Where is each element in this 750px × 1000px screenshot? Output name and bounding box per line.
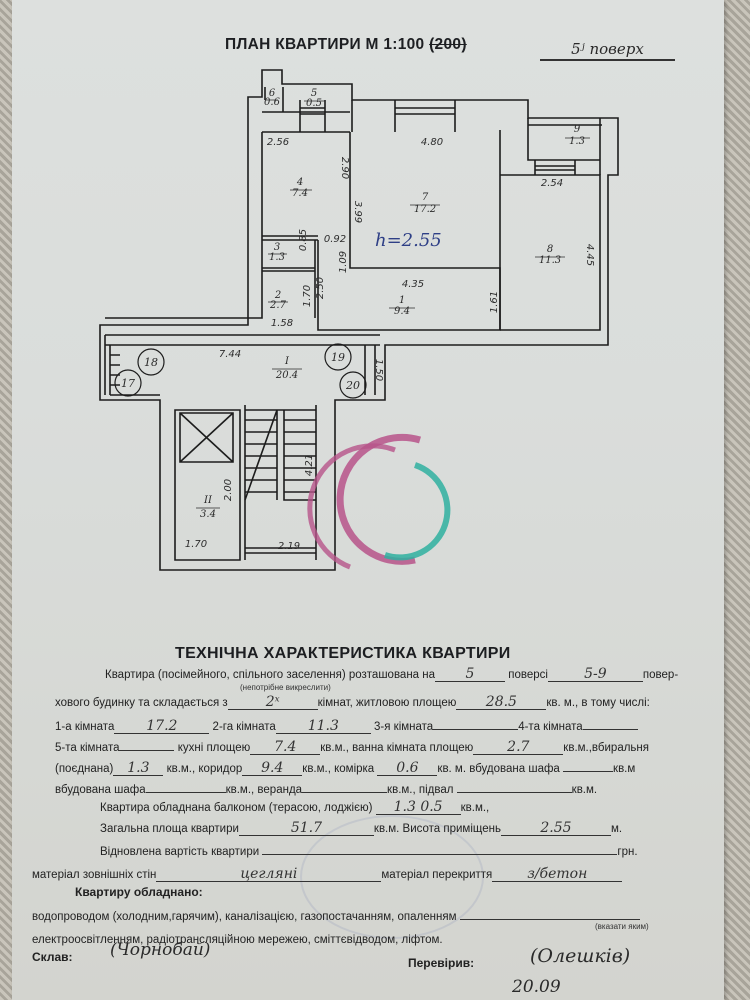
form-heading: ТЕХНІЧНА ХАРАКТЕРИСТИКА КВАРТИРИ [175,645,511,663]
label-utilities: водопроводом (холодним,гарячим), каналіз… [32,911,456,923]
room-8-number: 8 [547,244,553,255]
room-I-number: I [284,356,290,367]
label-floor: поверсі [508,669,548,681]
dim-4-35: 4.35 [402,279,424,290]
dim-4-80: 4.80 [421,137,443,148]
heating-note: (вказати яким) [595,922,649,931]
dim-3-99: 3.99 [352,201,363,223]
field-wardrobe-2[interactable] [146,778,226,793]
label-total-area: Загальна площа квартири [100,823,239,835]
dim-1-09: 1.09 [338,251,349,273]
field-restored-cost[interactable] [262,840,617,855]
room-II-area: 3.4 [200,509,216,520]
dim-0-85: 0.85 [298,229,309,251]
room-1-number: 1 [399,295,405,306]
form-line-utilities: водопроводом (холодним,гарячим), каналіз… [32,905,640,923]
label-room-3: 3-я кімната [374,721,433,733]
field-room-2[interactable]: 11.3 [276,719,371,734]
label-living-area: кімнат, житловою площею [318,697,457,709]
field-room-count[interactable]: 2ˣ [228,695,318,710]
dim-2-56: 2.56 [267,137,289,148]
field-room-1[interactable]: 17.2 [114,719,209,734]
label-toilet: кв.м.,вбиральня [563,742,649,754]
field-room-3[interactable] [433,715,518,730]
label-wall-material: матеріал зовнішніх стін [32,869,156,881]
field-corridor[interactable]: 9.4 [242,761,302,776]
dim-1-70-b: 1.70 [185,539,207,550]
form-line-veranda: вбудована шафакв.м., верандакв.м., підва… [55,778,597,796]
dim-2-50: 2.50 [315,277,326,299]
label-room-2: 2-га кімната [213,721,276,733]
field-living-area[interactable]: 28.5 [456,695,546,710]
field-storeys[interactable]: 5-9 [548,667,643,682]
checked-signature: (Олешків) [530,945,630,967]
apt-marker-20: 20 [345,379,360,392]
label-wardrobe: кв. м. вбудована шафа [437,763,559,775]
label-bathroom: кв.м., ванна кімната площею [320,742,473,754]
dim-1-50: 1.50 [373,359,384,381]
field-total-area[interactable]: 51.7 [239,821,374,836]
field-heating[interactable] [460,905,640,920]
form-line-rooms: хового будинку та складається з2ˣкімнат,… [55,695,650,710]
label-room-4: 4-та кімната [518,721,582,733]
form-line-corridor: (поєднана)1.3 кв.м., коридор9.4кв.м., ко… [55,757,635,776]
floor-plan: 18 17 19 20 6 0.6 5 0.5 4 7.4 7 17.2 9 1… [0,0,750,640]
label-corridor: кв.м., коридор [167,763,243,775]
label-floor-material: матеріал перекриття [381,869,492,881]
signature-date: 20.09 [512,977,561,997]
field-floor-material[interactable]: з/бетон [492,867,622,882]
label-rooms: хового будинку та складається з [55,697,228,709]
dim-7-44: 7.44 [219,349,241,360]
form-line-location: Квартира (посімейного, спільного заселен… [105,667,678,682]
field-basement[interactable] [457,778,572,793]
field-room-5[interactable] [119,736,174,751]
label-including: кв. м., в тому числі: [546,697,649,709]
dim-1-58: 1.58 [271,318,293,329]
dim-4-21: 4.21 [304,454,315,476]
field-kitchen[interactable]: 7.4 [250,740,320,755]
dim-1-61: 1.61 [489,291,500,313]
dim-1-70-a: 1.70 [302,285,313,307]
strike-note: (непотрібне викреслити) [240,683,331,692]
dim-4-45: 4.45 [584,244,595,266]
field-room-4[interactable] [583,715,638,730]
room-7-number: 7 [422,192,429,203]
label-location: Квартира (посімейного, спільного заселен… [105,669,435,681]
label-wardrobe-2: вбудована шафа [55,784,146,796]
label-kitchen: кухні площею [178,742,251,754]
form-line-room-areas: 1-а кімната17.2 2-га кімната11.3 3-я кім… [55,715,638,734]
form-line-total: Загальна площа квартири51.7кв.м. Висота … [100,821,622,836]
apt-marker-19: 19 [331,351,345,364]
field-floor[interactable]: 5 [435,667,505,682]
label-unit-2: кв.м. [572,784,597,796]
field-balcony[interactable]: 1.3 0.5 [376,800,461,815]
field-storage[interactable]: 0.6 [377,761,437,776]
checked-label: Перевірив: [408,956,474,970]
apt-marker-17: 17 [121,377,135,390]
composed-label: Склав: [32,950,73,964]
room-4-number: 4 [296,177,303,188]
field-height[interactable]: 2.55 [501,821,611,836]
label-veranda: кв.м., веранда [226,784,302,796]
dim-2-90: 2.90 [339,157,350,179]
label-storeys: повер- [643,669,678,681]
room-6-area: 0.6 [264,97,281,108]
label-unit: кв.м [613,763,635,775]
form-line-balcony: Квартира обладнана балконом (терасою, ло… [100,800,489,815]
ceiling-height-note: h=2.55 [375,230,442,251]
label-storage: кв.м., комірка [302,763,374,775]
dim-0-92: 0.92 [324,234,346,245]
field-toilet[interactable]: 1.3 [113,761,163,776]
room-II-number: II [203,495,213,506]
field-wardrobe[interactable] [563,757,613,772]
room-7-area: 17.2 [414,204,436,215]
apt-marker-18: 18 [144,356,158,369]
field-bathroom[interactable]: 2.7 [473,740,563,755]
composed-signature: (Чорнобай) [110,940,210,960]
label-balcony-unit: кв.м., [461,802,490,814]
form-line-kitchen-bath: 5-та кімната кухні площею7.4кв.м., ванна… [55,736,649,755]
room-5-area: 0.5 [306,98,322,109]
form-line-services: електроосвітленням, радіотрансляційною м… [32,934,443,946]
logo-watermark-icon [310,437,448,567]
label-basement: кв.м., підвал [387,784,453,796]
room-I-area: 20.4 [275,370,298,381]
label-combined: (поєднана) [55,763,113,775]
label-restored-cost: Відновлена вартість квартири [100,846,259,858]
dim-2-00: 2.00 [223,479,234,501]
label-room-1: 1-а кімната [55,721,114,733]
equipped-heading: Квартиру обладнано: [75,885,203,899]
field-wall-material[interactable]: цегляні [156,867,381,882]
form-line-materials: матеріал зовнішніх стінцегляніматеріал п… [32,867,622,882]
label-currency: грн. [617,846,637,858]
label-height: кв.м. Висота приміщень [374,823,501,835]
room-9-number: 9 [574,124,581,135]
dim-2-19: 2.19 [278,541,300,552]
form-line-cost: Відновлена вартість квартири грн. [100,840,638,858]
label-room-5: 5-та кімната [55,742,119,754]
field-veranda[interactable] [302,778,387,793]
label-balcony: Квартира обладнана балконом (терасою, ло… [100,802,372,814]
dim-2-54: 2.54 [541,178,563,189]
label-height-unit: м. [611,823,622,835]
